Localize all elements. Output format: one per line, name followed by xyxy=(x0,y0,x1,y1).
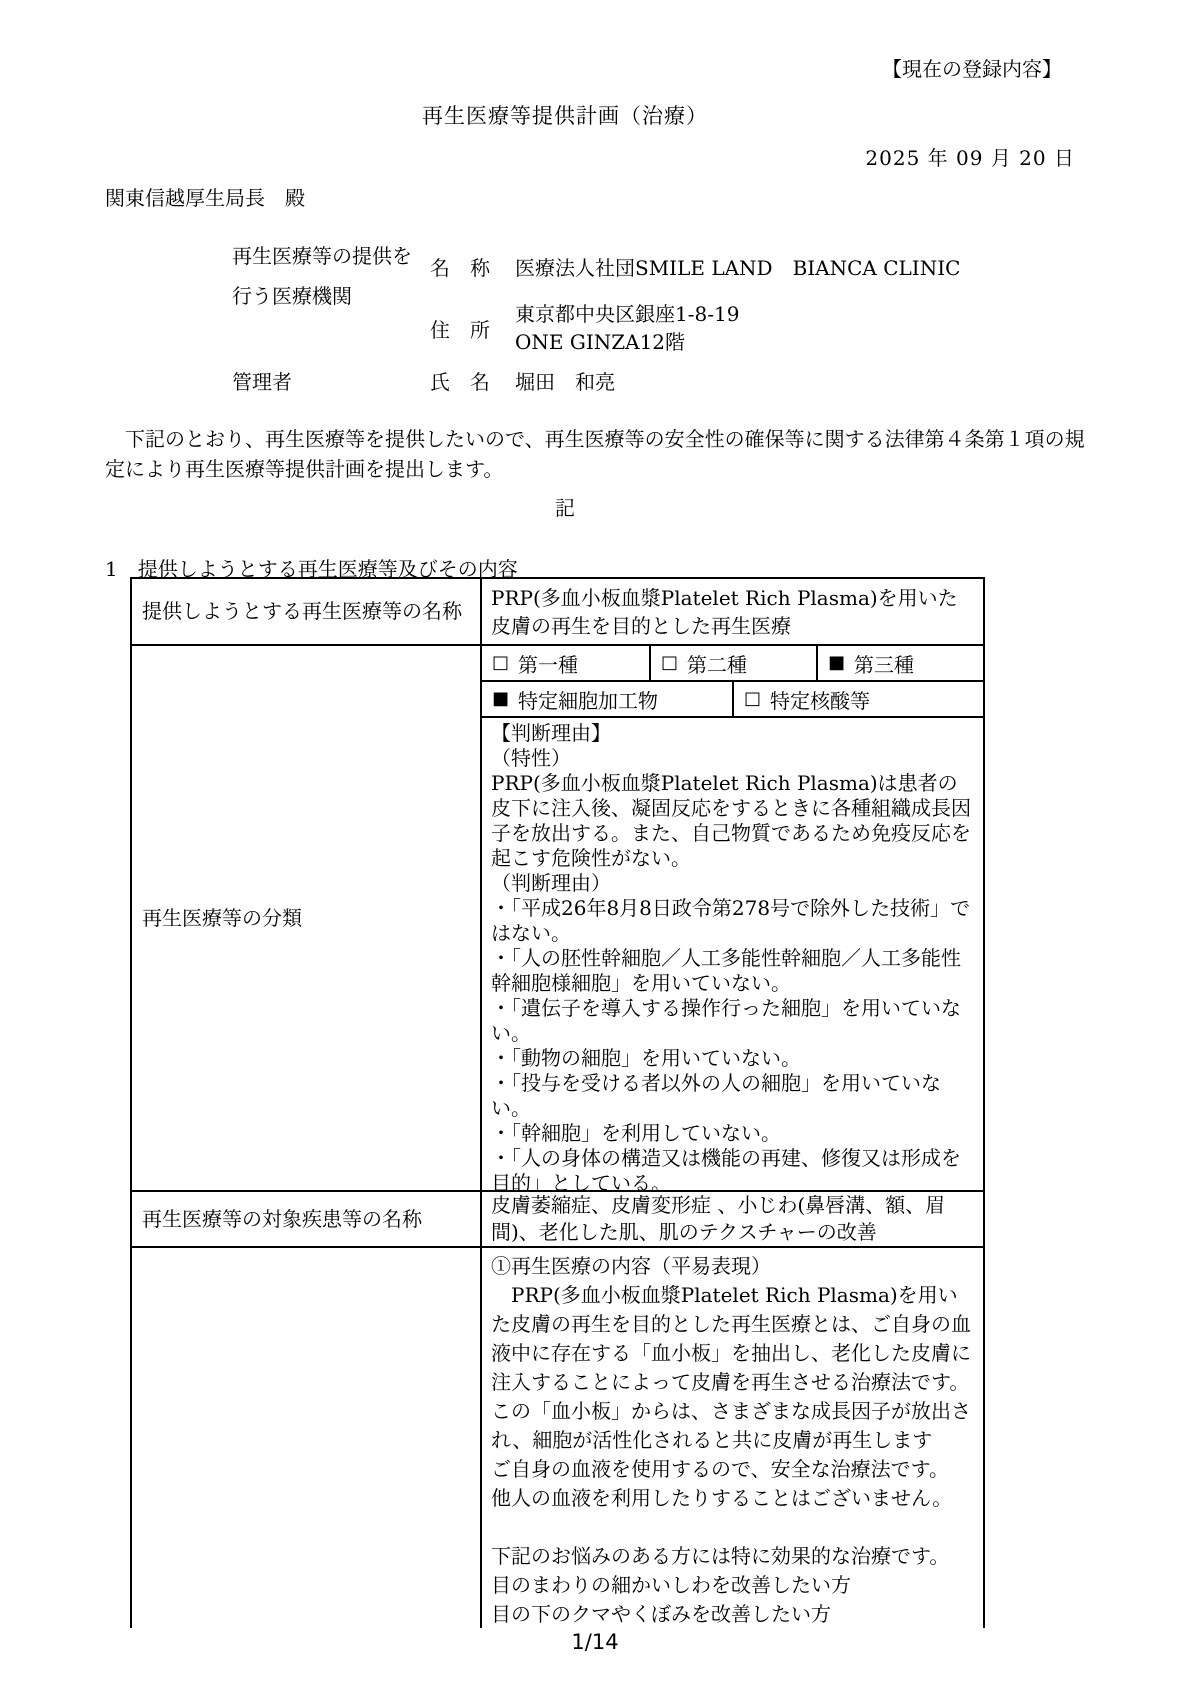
product-option-cell: ■ 特定細胞加工物 xyxy=(482,682,732,716)
product-option-cell-label: 特定細胞加工物 xyxy=(518,685,658,714)
classification-label: 再生医療等の分類 xyxy=(132,646,480,1190)
section1-table: 提供しようとする再生医療等の名称 PRP(多血小板血漿Platelet Rich… xyxy=(130,577,985,1628)
manager-name-label: 氏 名 xyxy=(430,366,490,395)
treatment-name-row: 提供しようとする再生医療等の名称 PRP(多血小板血漿Platelet Rich… xyxy=(132,579,983,646)
checkbox-nucleic-icon: □ xyxy=(744,690,761,708)
provider-name-value: 医療法人社団SMILE LAND BIANCA CLINIC xyxy=(515,252,960,281)
classification-reason-text: 【判断理由】 （特性） PRP(多血小板血漿Platelet Rich Plas… xyxy=(482,718,983,1190)
provider-org-label: 再生医療等の提供を 行う医療機関 xyxy=(232,236,412,316)
target-disease-label: 再生医療等の対象疾患等の名称 xyxy=(132,1192,480,1246)
class-option-type3-label: 第三種 xyxy=(854,649,914,678)
class-option-type1: □ 第一種 xyxy=(482,646,649,680)
registration-status-note: 【現在の登録内容】 xyxy=(882,53,1062,82)
document-date: 2025 年 09 月 20 日 xyxy=(865,142,1075,171)
classification-product-options: ■ 特定細胞加工物 □ 特定核酸等 xyxy=(482,682,983,718)
classification-row: 再生医療等の分類 □ 第一種 □ 第二種 ■ 第三種 xyxy=(132,646,983,1192)
provider-name-label: 名 称 xyxy=(430,252,490,281)
treatment-name-label: 提供しようとする再生医療等の名称 xyxy=(132,579,480,644)
treatment-content-row: ①再生医療の内容（平易表現） PRP(多血小板血漿Platelet Rich P… xyxy=(132,1248,983,1628)
submission-statement: 下記のとおり、再生医療等を提供したいので、再生医療等の安全性の確保等に関する法律… xyxy=(105,424,1090,484)
class-option-type2-label: 第二種 xyxy=(687,649,747,678)
checkbox-type1-icon: □ xyxy=(492,654,509,672)
manager-label: 管理者 xyxy=(232,366,292,395)
checkbox-type2-icon: □ xyxy=(661,654,678,672)
product-option-nucleic-label: 特定核酸等 xyxy=(770,685,870,714)
target-disease-value: 皮膚萎縮症、皮膚変形症 、小じわ(鼻唇溝、額、眉間)、老化した肌、肌のテクスチャ… xyxy=(480,1192,983,1246)
checkbox-type3-icon: ■ xyxy=(828,654,845,672)
class-option-type1-label: 第一種 xyxy=(518,649,578,678)
treatment-content-label-empty xyxy=(132,1248,480,1628)
document-page: 【現在の登録内容】 再生医療等提供計画（治療） 2025 年 09 月 20 日… xyxy=(0,0,1190,1684)
page-number: 1/14 xyxy=(0,1630,1190,1654)
treatment-content-value: ①再生医療の内容（平易表現） PRP(多血小板血漿Platelet Rich P… xyxy=(480,1248,983,1628)
class-option-type2: □ 第二種 xyxy=(649,646,816,680)
treatment-name-value: PRP(多血小板血漿Platelet Rich Plasma)を用いた皮膚の再生… xyxy=(480,579,983,644)
classification-class-options: □ 第一種 □ 第二種 ■ 第三種 xyxy=(482,646,983,682)
class-option-type3: ■ 第三種 xyxy=(816,646,983,680)
product-option-nucleic: □ 特定核酸等 xyxy=(732,682,983,716)
ki-heading: 記 xyxy=(0,492,1130,521)
target-disease-row: 再生医療等の対象疾患等の名称 皮膚萎縮症、皮膚変形症 、小じわ(鼻唇溝、額、眉間… xyxy=(132,1192,983,1248)
addressee: 関東信越厚生局長 殿 xyxy=(105,182,305,211)
provider-address-label: 住 所 xyxy=(430,314,490,343)
document-title: 再生医療等提供計画（治療） xyxy=(0,100,1130,130)
manager-name-value: 堀田 和亮 xyxy=(515,366,615,395)
checkbox-cell-product-icon: ■ xyxy=(492,690,509,708)
provider-address-value: 東京都中央区銀座1-8-19 ONE GINZA12階 xyxy=(515,300,739,356)
